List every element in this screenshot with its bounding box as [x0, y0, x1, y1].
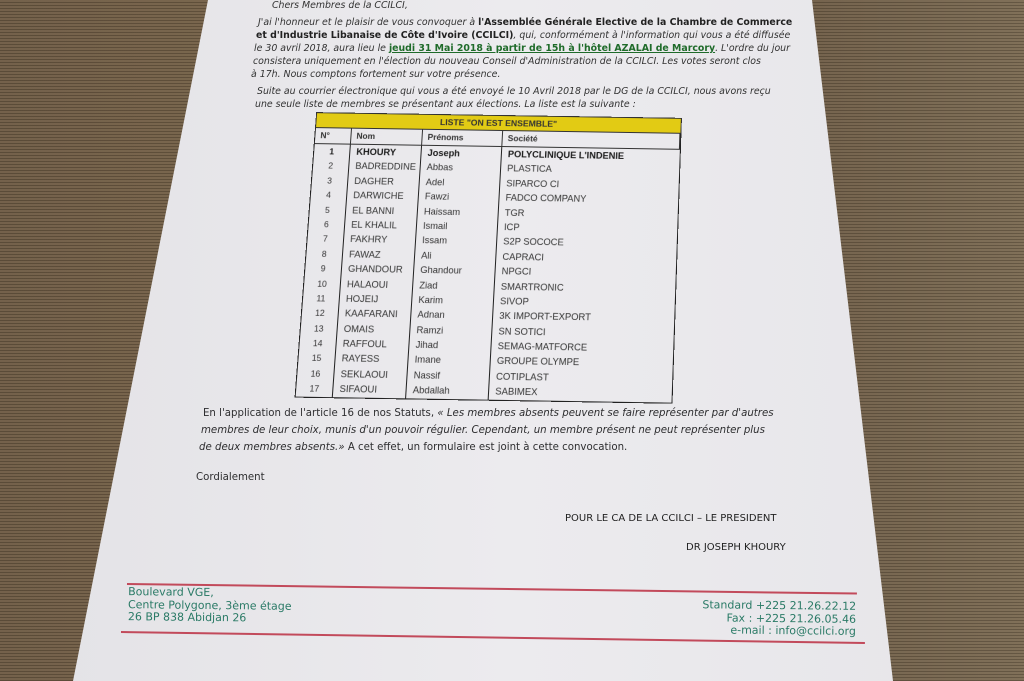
- row-number: 5: [309, 202, 345, 217]
- row-number: 9: [305, 261, 342, 276]
- row-prenom: Karim: [412, 292, 494, 308]
- row-nom: OMAIS: [337, 321, 410, 337]
- row-prenom: Ismail: [417, 218, 498, 234]
- column-prenoms: JosephAbbasAdelFawziHaissamIsmailIssamAl…: [406, 146, 502, 400]
- row-nom: BADREDDINE: [349, 159, 420, 175]
- intro-line-4: consistera uniquement en l'élection du n…: [253, 55, 761, 68]
- row-nom: KAAFARANI: [338, 306, 411, 322]
- row-prenom: Ramzi: [410, 322, 492, 338]
- row-nom: HALAOUI: [340, 276, 412, 292]
- row-nom: HOJEIJ: [339, 291, 411, 307]
- meeting-date-highlight: jeudi 31 Mai 2018 à partir de 15h à l'hô…: [389, 43, 715, 54]
- para3-line-3: de deux membres absents.» A cet effet, u…: [199, 442, 627, 453]
- address-line-3: 26 BP 838 Abidjan 26: [128, 611, 292, 625]
- row-nom: RAFFOUL: [336, 336, 409, 352]
- row-prenom: Imane: [408, 352, 490, 368]
- closing: Cordialement: [196, 472, 265, 483]
- row-number: 11: [303, 291, 340, 306]
- row-prenom: Nassif: [407, 368, 489, 385]
- row-nom: GHANDOUR: [341, 261, 413, 277]
- signature-title: POUR LE CA DE LA CCILCI – LE PRESIDENT: [565, 513, 776, 524]
- row-societe: FADCO COMPANY: [499, 190, 678, 207]
- row-number: 15: [298, 351, 335, 367]
- row-societe: SABIMEX: [489, 384, 672, 402]
- row-prenom: Haissam: [417, 204, 498, 220]
- intro-line-1: J'ai l'honneur et le plaisir de vous con…: [258, 16, 792, 29]
- contact-email[interactable]: e-mail : info@ccilci.org: [688, 624, 856, 638]
- row-prenom: Adel: [419, 175, 499, 191]
- row-number: 3: [311, 173, 347, 188]
- para3-line-1: En l'application de l'article 16 de nos …: [203, 408, 774, 419]
- row-prenom: Ghandour: [414, 263, 495, 279]
- header-prenoms: Prénoms: [422, 130, 503, 147]
- row-number: 14: [299, 336, 336, 352]
- row-number: 12: [301, 306, 338, 322]
- intro-line-2: et d'Industrie Libanaise de Côte d'Ivoir…: [256, 29, 790, 42]
- row-nom: FAWAZ: [343, 247, 415, 263]
- footer-contact: Standard +225 21.26.22.12 Fax : +225 21.…: [688, 599, 856, 639]
- row-number: 4: [310, 188, 346, 203]
- row-number: 10: [304, 276, 341, 291]
- row-prenom: Ziad: [413, 277, 494, 293]
- row-nom: DARWICHE: [347, 188, 419, 204]
- row-nom: FAKHRY: [344, 232, 416, 248]
- row-prenom: Jihad: [409, 337, 491, 353]
- row-number: 2: [313, 159, 349, 174]
- row-number: 7: [307, 231, 344, 246]
- row-number: 17: [296, 381, 333, 397]
- candidate-list-table: LISTE "ON EST ENSEMBLE" N° Nom Prénoms S…: [295, 112, 682, 403]
- row-nom: RAYESS: [335, 351, 408, 367]
- row-nom: EL KHALIL: [345, 217, 417, 233]
- row-nom: SEKLAOUI: [334, 366, 407, 382]
- signature-name: DR JOSEPH KHOURY: [686, 542, 786, 553]
- footer-address: Boulevard VGE, Centre Polygone, 3ème éta…: [128, 586, 292, 625]
- row-prenom: Abbas: [420, 160, 500, 176]
- row-nom: KHOURY: [350, 145, 421, 161]
- header-number: N°: [315, 128, 352, 145]
- row-number: 16: [297, 366, 334, 382]
- column-societe: POLYCLINIQUE L'INDENIEPLASTICASIPARCO CI…: [489, 147, 680, 402]
- row-prenom: Issam: [416, 233, 497, 249]
- row-prenom: Ali: [415, 248, 496, 264]
- row-number: 8: [306, 246, 343, 261]
- intro-line-5: à 17h. Nous comptons fortement sur votre…: [251, 68, 500, 81]
- row-nom: SIFAOUI: [333, 382, 406, 398]
- greeting: Chers Membres de la CCILCI,: [272, 0, 408, 11]
- para2-line-1: Suite au courrier électronique qui vous …: [257, 85, 771, 98]
- row-prenom: Adnan: [411, 307, 493, 323]
- intro-line-3: le 30 avril 2018, aura lieu le jeudi 31 …: [254, 42, 790, 55]
- row-number: 6: [308, 217, 344, 232]
- header-nom: Nom: [351, 129, 423, 146]
- para2-line-2: une seule liste de membres se présentant…: [255, 98, 636, 111]
- row-nom: DAGHER: [348, 174, 419, 190]
- row-prenom: Fawzi: [418, 189, 499, 205]
- row-number: 13: [300, 321, 337, 337]
- row-number: 1: [314, 144, 350, 159]
- para3-line-2: membres de leur choix, munis d'un pouvoi…: [201, 425, 765, 436]
- row-prenom: Abdallah: [406, 383, 488, 400]
- row-prenom: Joseph: [421, 146, 501, 162]
- row-nom: EL BANNI: [346, 203, 418, 219]
